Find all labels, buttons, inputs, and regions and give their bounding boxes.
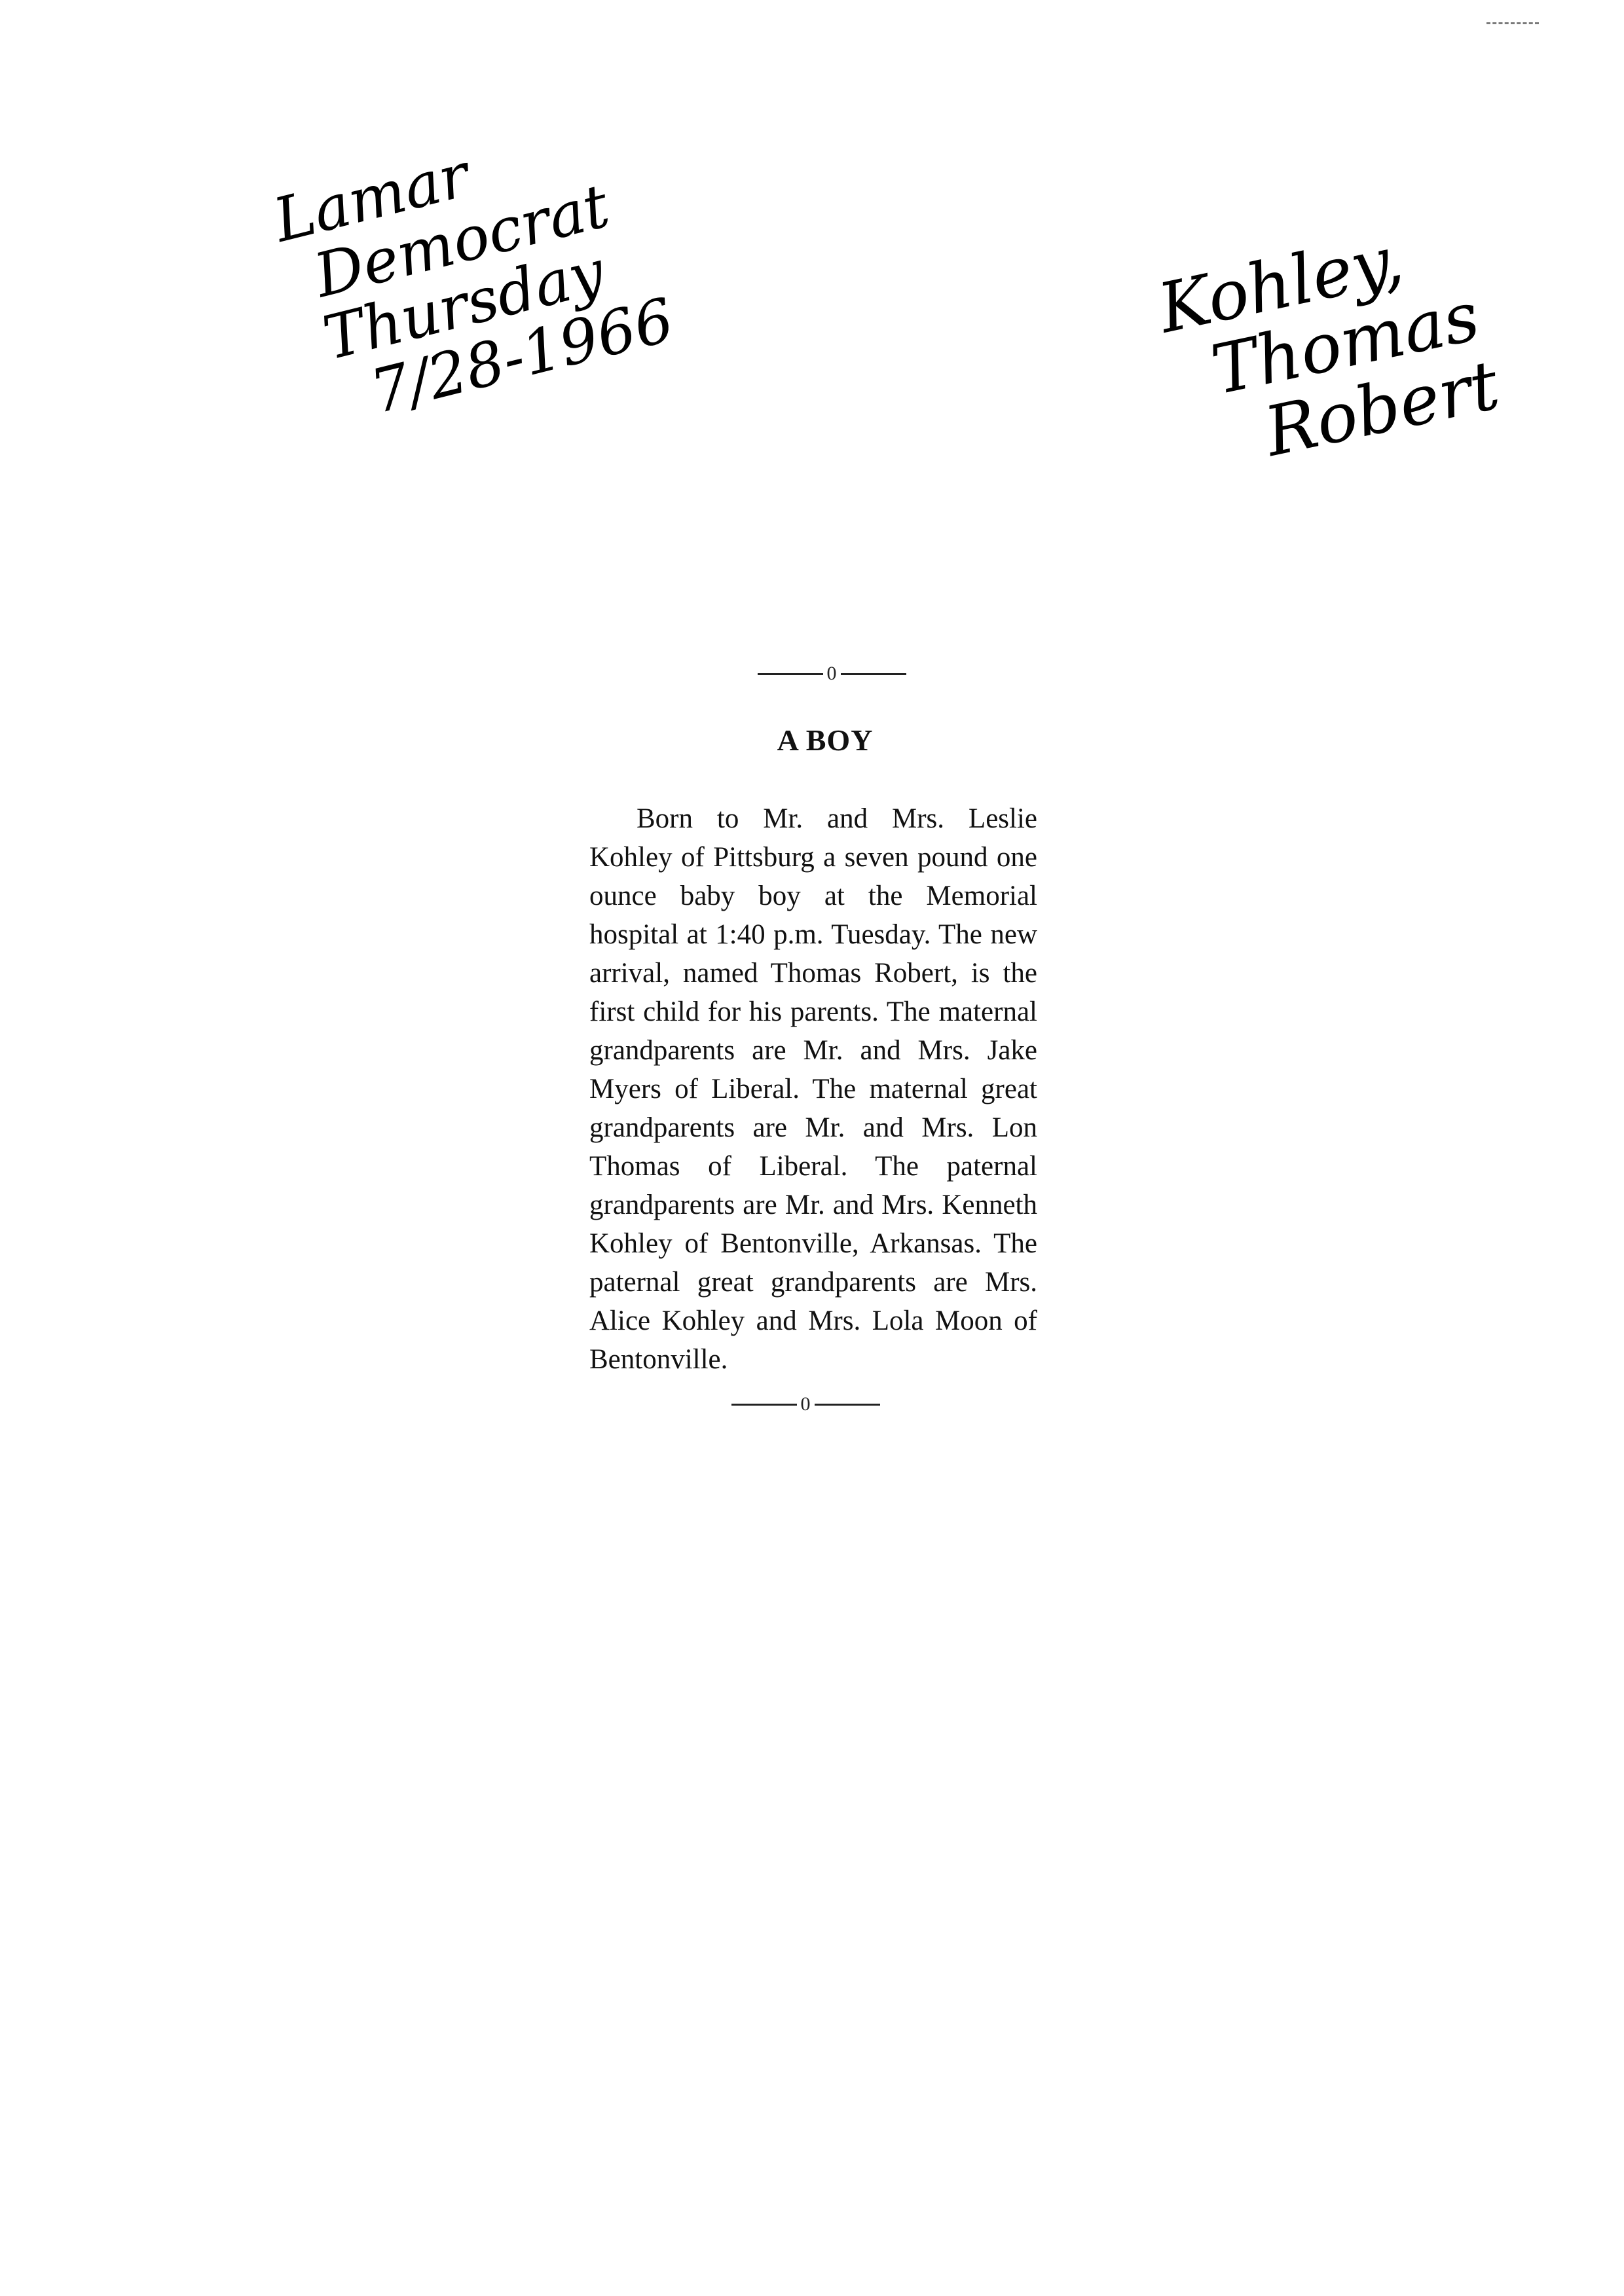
handwritten-source-note: Lamar Democrat Thursday 7/28-1966: [249, 104, 680, 442]
clipping-headline: A BOY: [589, 723, 1061, 757]
divider-glyph: 0: [827, 663, 837, 685]
clipping-body: Born to Mr. and Mrs. Leslie Kohley of Pi…: [576, 799, 1061, 1379]
newspaper-clipping: 0 A BOY Born to Mr. and Mrs. Leslie Kohl…: [576, 661, 1061, 1415]
scan-corner-mark: [1486, 22, 1539, 27]
handwritten-name-note: Kohley, Thomas Robert: [1153, 210, 1505, 484]
divider-rule: [841, 673, 906, 675]
divider-rule: [758, 673, 823, 675]
divider-glyph: 0: [801, 1393, 811, 1415]
divider-rule: [815, 1404, 880, 1406]
ornament-divider-top: 0: [602, 661, 1061, 685]
ornament-divider-bottom: 0: [550, 1392, 1061, 1415]
divider-rule: [731, 1404, 797, 1406]
